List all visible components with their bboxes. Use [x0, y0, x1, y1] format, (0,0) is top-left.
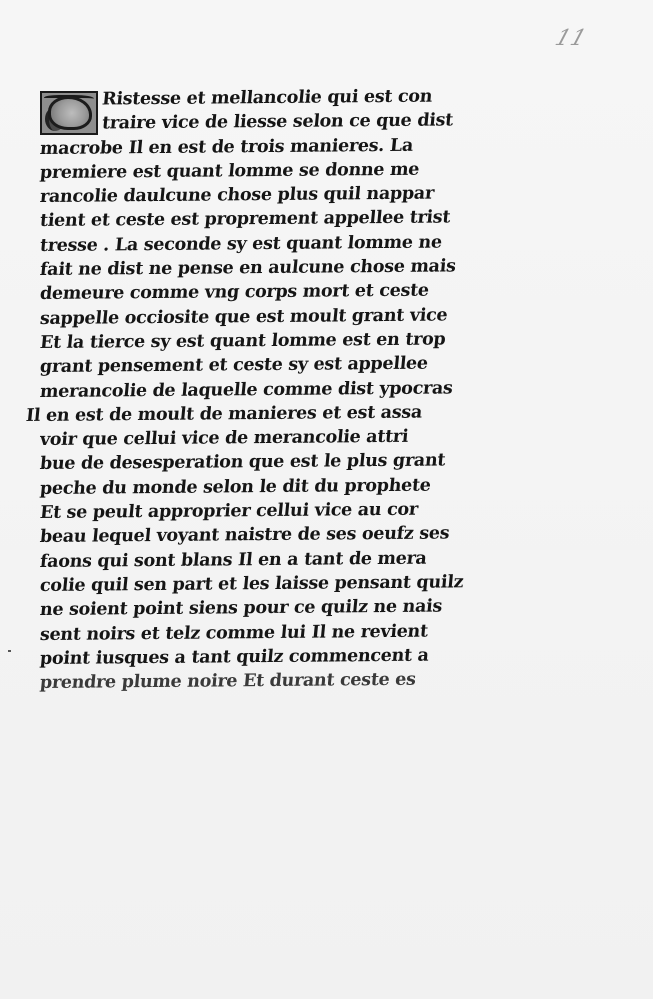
text-line: sent noirs et telz comme lui Il ne revie…	[39, 619, 482, 647]
text-line: macrobe Il en est de trois manieres. La	[39, 133, 482, 161]
text-line: ne soient point siens pour ce quilz ne n…	[39, 594, 482, 622]
text-line: tient et ceste est proprement appellee t…	[39, 206, 482, 234]
text-line: prendre plume noire Et durant ceste es	[39, 667, 482, 695]
folio-number: 11	[552, 26, 590, 51]
text-line: beau lequel voyant naistre de ses oeufz …	[39, 522, 482, 550]
text-line: grant pensement et ceste sy est appellee	[39, 351, 482, 379]
text-line: bue de desesperation que est le plus gra…	[39, 449, 482, 477]
text-line: demeure comme vng corps mort et ceste	[39, 279, 482, 307]
text-block: Ristesse et mellancolie qui est con trai…	[40, 88, 480, 695]
text-line: traire vice de liesse selon ce que dist	[39, 108, 482, 136]
manuscript-page: 11 Ristesse et mellancolie qui est con t…	[0, 0, 653, 999]
text-line: faons qui sont blans Il en a tant de mer…	[39, 546, 482, 574]
margin-mark	[8, 650, 11, 652]
